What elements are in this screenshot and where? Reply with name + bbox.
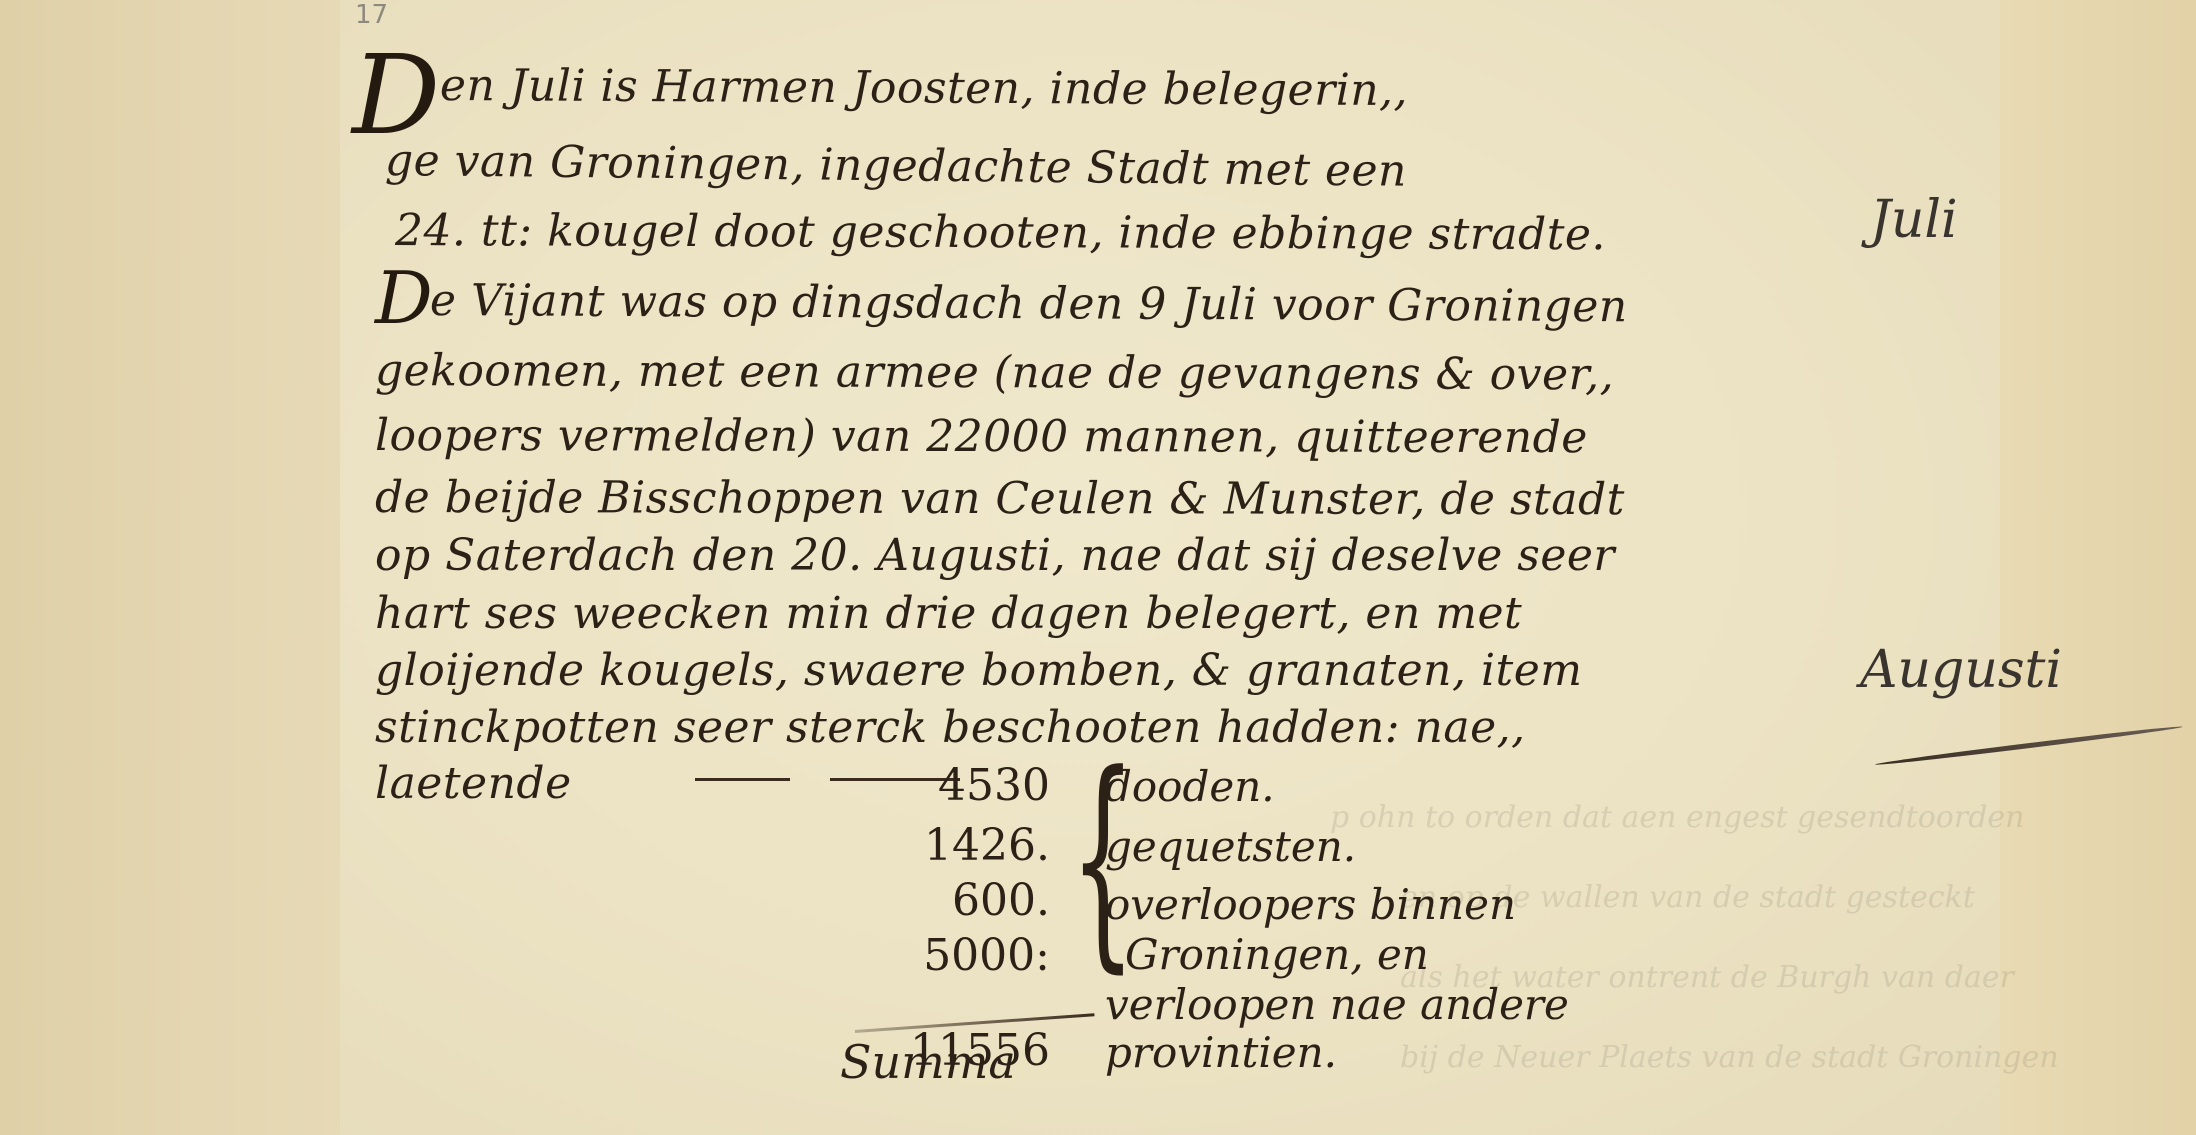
tally-label-dead: dooden. bbox=[1105, 762, 1275, 811]
text-line-5: gekoomen, met een armee (nae de gevangen… bbox=[375, 345, 1614, 400]
dash-1 bbox=[695, 778, 790, 781]
corner-mark: 17 bbox=[355, 0, 388, 30]
bleed-through-text: p ohn to orden dat aen engest gesendtoor… bbox=[1330, 800, 2024, 835]
text-line-2: ge van Groningen, ingedachte Stadt met e… bbox=[385, 135, 1407, 197]
text-line-6: loopers vermelden) van 22000 mannen, qui… bbox=[375, 410, 1588, 463]
right-page-margin bbox=[2000, 0, 2196, 1135]
text-line-4: e Vijant was op dingsdach den 9 Juli voo… bbox=[430, 275, 1628, 332]
tally-number-dead: 4530 bbox=[880, 760, 1050, 811]
decorated-initial: D bbox=[352, 40, 440, 150]
text-line-9: hart ses weecken min drie dagen belegert… bbox=[375, 588, 1522, 639]
tally-number-scattered: 5000: bbox=[880, 930, 1050, 981]
text-line-11: stinckpotten seer sterck beschooten hadd… bbox=[375, 702, 1526, 753]
text-line-8: op Saterdach den 20. Augusti, nae dat si… bbox=[375, 530, 1615, 581]
tally-label-wounded: gequetsten. bbox=[1105, 822, 1356, 871]
summa-total: 11556 bbox=[880, 1025, 1050, 1076]
tally-continuation-2: provintien. bbox=[1105, 1028, 1337, 1077]
tally-label-scattered: Groningen, en bbox=[1125, 930, 1429, 979]
bleed-through-text: bij de Neuer Plaets van de stadt Groning… bbox=[1400, 1040, 2059, 1075]
margin-note-augusti: Augusti bbox=[1860, 640, 2062, 700]
decorated-initial: D bbox=[375, 262, 433, 334]
text-line-3: 24. tt: kougel doot geschooten, inde ebb… bbox=[395, 205, 1606, 260]
text-line-1: en Juli is Harmen Joosten, inde belegeri… bbox=[440, 60, 1408, 116]
text-line-10: gloijende kougels, swaere bomben, & gran… bbox=[375, 645, 1583, 696]
tally-number-deserters: 600. bbox=[880, 875, 1050, 926]
text-line-12: laetende bbox=[375, 758, 572, 809]
tally-continuation-1: verloopen nae andere bbox=[1105, 980, 1569, 1029]
left-page-margin bbox=[0, 0, 340, 1135]
text-line-7: de beijde Bisschoppen van Ceulen & Munst… bbox=[375, 472, 1625, 525]
margin-note-juli: Juli bbox=[1870, 190, 1958, 250]
tally-number-wounded: 1426. bbox=[880, 820, 1050, 871]
tally-label-deserters: overloopers binnen bbox=[1105, 880, 1516, 929]
